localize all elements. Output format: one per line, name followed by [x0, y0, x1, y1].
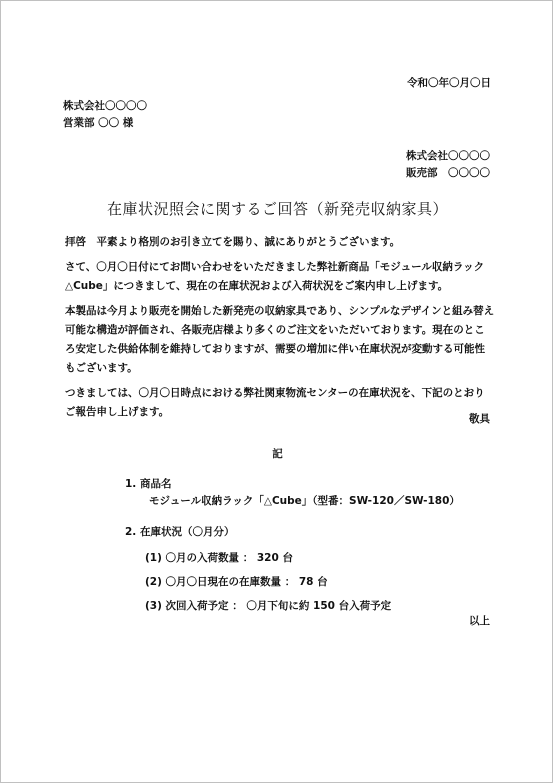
closing-ijo: 以上 — [469, 613, 490, 628]
ki-heading: 記 — [1, 446, 553, 461]
recipient-department: 営業部 〇〇 様 — [63, 115, 147, 132]
greeting-paragraph: 拝啓 平素より格別のお引き立てを賜り、誠にありがとうございます。 — [65, 233, 495, 252]
sub-item: (1) 〇月の入荷数量 ： 320 台 — [125, 546, 460, 570]
recipient-block: 株式会社〇〇〇〇 営業部 〇〇 様 — [63, 98, 147, 132]
item-body: モジュール収納ラック「△Cube」（型番：SW-120／SW-180） — [125, 493, 460, 510]
sender-block: 株式会社〇〇〇〇 販売部 〇〇〇〇 — [406, 148, 490, 182]
sub-item: (2) 〇月〇日現在の在庫数量 ： 78 台 — [125, 570, 460, 594]
details-list: 1. 商品名 モジュール収納ラック「△Cube」（型番：SW-120／SW-18… — [125, 476, 460, 618]
sender-department: 販売部 〇〇〇〇 — [406, 165, 490, 182]
body-paragraph: 本製品は今月より販売を開始した新発売の収納家具であり、シンプルなデザインと組み替… — [65, 302, 495, 378]
body-paragraph: つきましては、〇月〇日時点における弊社関東物流センターの在庫状況を、下記のとおり… — [65, 384, 495, 422]
document-title: 在庫状況照会に関するご回答（新発売収納家具） — [1, 198, 553, 219]
recipient-company: 株式会社〇〇〇〇 — [63, 98, 147, 115]
list-item-product: 1. 商品名 モジュール収納ラック「△Cube」（型番：SW-120／SW-18… — [125, 476, 460, 510]
sender-company: 株式会社〇〇〇〇 — [406, 148, 490, 165]
list-item-stock: 2. 在庫状況（〇月分） (1) 〇月の入荷数量 ： 320 台 (2) 〇月〇… — [125, 524, 460, 618]
document-body: 拝啓 平素より格別のお引き立てを賜り、誠にありがとうございます。 さて、〇月〇日… — [65, 233, 495, 428]
sub-item: (3) 次回入荷予定 ： 〇月下旬に約 150 台入荷予定 — [125, 594, 460, 618]
item-title: 2. 在庫状況（〇月分） — [125, 524, 460, 541]
closing-keigu: 敬具 — [469, 411, 490, 426]
item-title: 1. 商品名 — [125, 476, 460, 493]
document-date: 令和〇年〇月〇日 — [407, 75, 491, 90]
body-paragraph: さて、〇月〇日付にてお問い合わせをいただきました弊社新商品「モジュール収納ラック… — [65, 258, 495, 296]
document-page: 令和〇年〇月〇日 株式会社〇〇〇〇 営業部 〇〇 様 株式会社〇〇〇〇 販売部 … — [0, 0, 553, 783]
